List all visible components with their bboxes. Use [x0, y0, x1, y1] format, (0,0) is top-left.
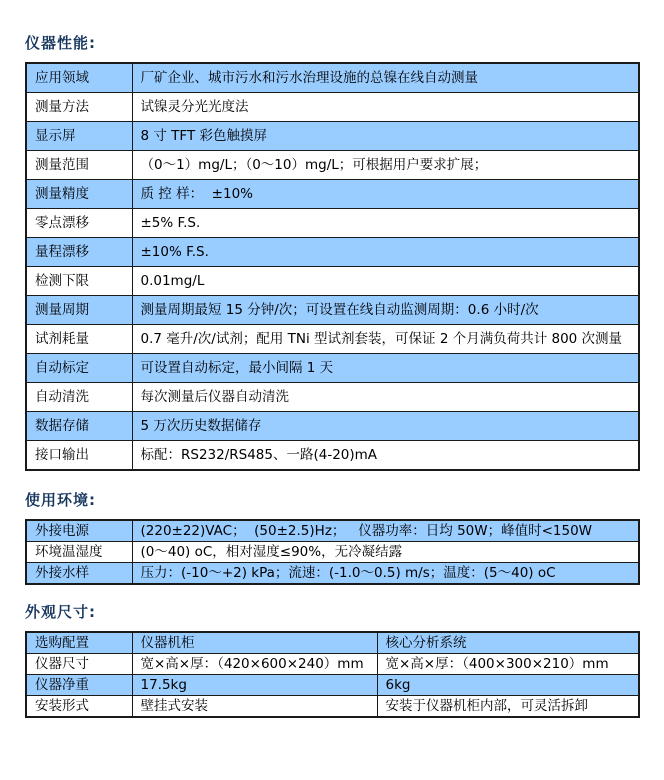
spec-label: 外接水样 [26, 563, 132, 585]
dimensions-table: 选购配置仪器机柜核心分析系统仪器尺寸宽×高×厚：（420×600×240）mm宽… [25, 631, 640, 718]
spec-label: 自动标定 [26, 354, 132, 383]
spec-value: 测量周期最短 15 分钟/次；可设置在线自动监测周期：0.6 小时/次 [132, 296, 639, 325]
table-row: 量程漂移±10% F.S. [26, 238, 639, 267]
table-row: 自动清洗每次测量后仪器自动清洗 [26, 383, 639, 412]
spec-value: (0～40) oC，相对湿度≤90%，无冷凝结露 [132, 542, 639, 563]
table-row: 外接电源(220±22)VAC； (50±2.5)Hz； 仪器功率：日均 50W… [26, 520, 639, 542]
section-instrument-performance: 仪器性能: 应用领域厂矿企业、城市污水和污水治理设施的总镍在线自动测量测量方法试… [25, 32, 640, 471]
table-row: 外接水样压力：(-10～+2) kPa；流速：(-1.0～0.5) m/s；温度… [26, 563, 639, 585]
spec-value: 安装于仪器机柜内部，可灵活拆卸 [377, 696, 639, 718]
table-row: 应用领域厂矿企业、城市污水和污水治理设施的总镍在线自动测量 [26, 63, 639, 93]
table-row: 测量精度质 控 样： ±10% [26, 180, 639, 209]
spec-value: (220±22)VAC； (50±2.5)Hz； 仪器功率：日均 50W；峰值时… [132, 520, 639, 542]
spec-value: 宽×高×厚：（400×300×210）mm [377, 654, 639, 675]
table-row: 环境温湿度(0～40) oC，相对湿度≤90%，无冷凝结露 [26, 542, 639, 563]
spec-value: 0.01mg/L [132, 267, 639, 296]
instrument-performance-table: 应用领域厂矿企业、城市污水和污水治理设施的总镍在线自动测量测量方法试镍灵分光光度… [25, 62, 640, 471]
spec-value: 厂矿企业、城市污水和污水治理设施的总镍在线自动测量 [132, 63, 639, 93]
spec-value: 0.7 毫升/次/试剂；配用 TNi 型试剂套装，可保证 2 个月满负荷共计 8… [132, 325, 639, 354]
operating-environment-table: 外接电源(220±22)VAC； (50±2.5)Hz； 仪器功率：日均 50W… [25, 519, 640, 585]
spec-document: 仪器性能: 应用领域厂矿企业、城市污水和污水治理设施的总镍在线自动测量测量方法试… [0, 0, 664, 718]
spec-value: 5 万次历史数据储存 [132, 412, 639, 441]
table-row: 安装形式壁挂式安装安装于仪器机柜内部，可灵活拆卸 [26, 696, 639, 718]
section-operating-environment: 使用环境: 外接电源(220±22)VAC； (50±2.5)Hz； 仪器功率：… [25, 489, 640, 585]
table-row: 仪器尺寸宽×高×厚：（420×600×240）mm宽×高×厚：（400×300×… [26, 654, 639, 675]
spec-label: 测量范围 [26, 151, 132, 180]
spec-label: 检测下限 [26, 267, 132, 296]
table-row: 检测下限0.01mg/L [26, 267, 639, 296]
table-row: 接口输出标配：RS232/RS485、一路(4-20)mA [26, 441, 639, 471]
spec-value: 核心分析系统 [377, 632, 639, 654]
spec-value: 仪器机柜 [132, 632, 377, 654]
table-row: 试剂耗量0.7 毫升/次/试剂；配用 TNi 型试剂套装，可保证 2 个月满负荷… [26, 325, 639, 354]
spec-value: ±5% F.S. [132, 209, 639, 238]
spec-label: 零点漂移 [26, 209, 132, 238]
spec-value: 6kg [377, 675, 639, 696]
spec-label: 自动清洗 [26, 383, 132, 412]
spec-label: 仪器净重 [26, 675, 132, 696]
spec-label: 测量方法 [26, 93, 132, 122]
spec-value: 可设置自动标定，最小间隔 1 天 [132, 354, 639, 383]
spec-label: 仪器尺寸 [26, 654, 132, 675]
spec-value: （0～1）mg/L；（0～10）mg/L；可根据用户要求扩展； [132, 151, 639, 180]
spec-label: 外接电源 [26, 520, 132, 542]
table-row: 自动标定可设置自动标定，最小间隔 1 天 [26, 354, 639, 383]
spec-label: 测量精度 [26, 180, 132, 209]
spec-value: 标配：RS232/RS485、一路(4-20)mA [132, 441, 639, 471]
spec-label: 试剂耗量 [26, 325, 132, 354]
spec-value: 每次测量后仪器自动清洗 [132, 383, 639, 412]
table-row: 测量方法试镍灵分光光度法 [26, 93, 639, 122]
spec-value: 质 控 样： ±10% [132, 180, 639, 209]
table-row: 零点漂移±5% F.S. [26, 209, 639, 238]
section-heading-instrument-performance: 仪器性能: [25, 32, 640, 53]
spec-value: 17.5kg [132, 675, 377, 696]
spec-label: 显示屏 [26, 122, 132, 151]
spec-label: 数据存储 [26, 412, 132, 441]
spec-value: ±10% F.S. [132, 238, 639, 267]
spec-label: 环境温湿度 [26, 542, 132, 563]
spec-value: 试镍灵分光光度法 [132, 93, 639, 122]
table-row: 测量范围（0～1）mg/L；（0～10）mg/L；可根据用户要求扩展； [26, 151, 639, 180]
spec-value: 壁挂式安装 [132, 696, 377, 718]
spec-label: 应用领域 [26, 63, 132, 93]
spec-label: 测量周期 [26, 296, 132, 325]
section-dimensions: 外观尺寸: 选购配置仪器机柜核心分析系统仪器尺寸宽×高×厚：（420×600×2… [25, 601, 640, 718]
spec-label: 安装形式 [26, 696, 132, 718]
table-row: 测量周期测量周期最短 15 分钟/次；可设置在线自动监测周期：0.6 小时/次 [26, 296, 639, 325]
table-row: 选购配置仪器机柜核心分析系统 [26, 632, 639, 654]
section-heading-operating-environment: 使用环境: [25, 489, 640, 510]
table-row: 显示屏8 寸 TFT 彩色触摸屏 [26, 122, 639, 151]
spec-label: 接口输出 [26, 441, 132, 471]
table-row: 数据存储5 万次历史数据储存 [26, 412, 639, 441]
spec-label: 选购配置 [26, 632, 132, 654]
section-heading-dimensions: 外观尺寸: [25, 601, 640, 622]
spec-label: 量程漂移 [26, 238, 132, 267]
spec-value: 宽×高×厚：（420×600×240）mm [132, 654, 377, 675]
table-row: 仪器净重17.5kg6kg [26, 675, 639, 696]
spec-value: 8 寸 TFT 彩色触摸屏 [132, 122, 639, 151]
spec-value: 压力：(-10～+2) kPa；流速：(-1.0～0.5) m/s；温度：(5～… [132, 563, 639, 585]
